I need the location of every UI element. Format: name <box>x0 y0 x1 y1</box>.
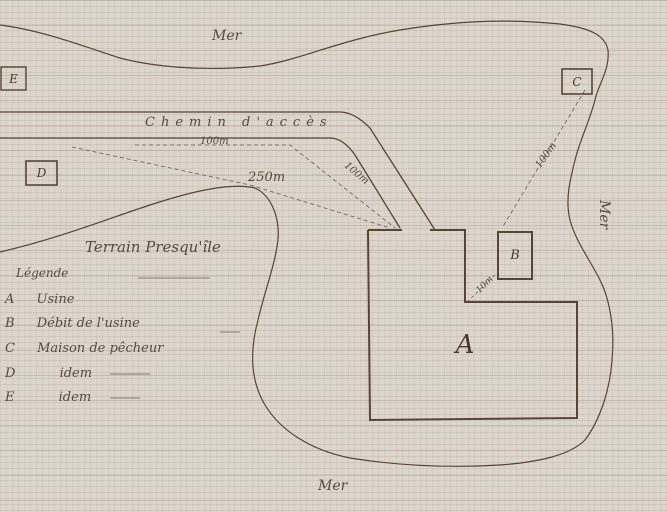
legend-item-A: A Usine <box>5 292 74 307</box>
legend-key: B <box>5 316 15 331</box>
legend-text: Maison de pêcheur <box>37 341 163 356</box>
legend-text: Usine <box>37 292 75 307</box>
distance-road: 100m <box>200 136 229 147</box>
legend-heading: Légende <box>16 266 68 280</box>
legend-item-E: E idem <box>5 390 91 405</box>
legend-key: C <box>5 341 15 356</box>
legend-key: D <box>5 366 15 381</box>
sea-label-bottom: Mer <box>318 478 347 494</box>
legend-item-C: C Maison de pêcheur <box>5 341 163 356</box>
legend-item-D: D idem <box>5 366 92 381</box>
sea-label-right: Mer <box>596 200 612 229</box>
distance-to-D: 250m <box>248 170 285 185</box>
legend-key: A <box>5 292 14 307</box>
sea-label-top: Mer <box>212 28 241 44</box>
building-A-label: A <box>445 325 485 365</box>
legend-dashes <box>110 278 240 398</box>
legend-text: Débit de l'usine <box>37 316 140 331</box>
map-sheet: Mer Mer Mer Chemin d'accès 100m 250m 100… <box>0 0 667 512</box>
legend-item-B: B Débit de l'usine <box>5 316 140 331</box>
legend-text: idem <box>60 366 93 381</box>
legend-text: idem <box>59 390 92 405</box>
building-C-label: C <box>562 69 592 94</box>
map-title: Terrain Presqu'île <box>85 238 221 256</box>
building-D-label: D <box>26 161 57 185</box>
building-E-label: E <box>1 67 26 90</box>
road-lower-edge <box>0 138 400 228</box>
legend-key: E <box>5 390 15 405</box>
building-B-label: B <box>498 232 532 279</box>
road-label: Chemin d'accès <box>145 115 333 130</box>
